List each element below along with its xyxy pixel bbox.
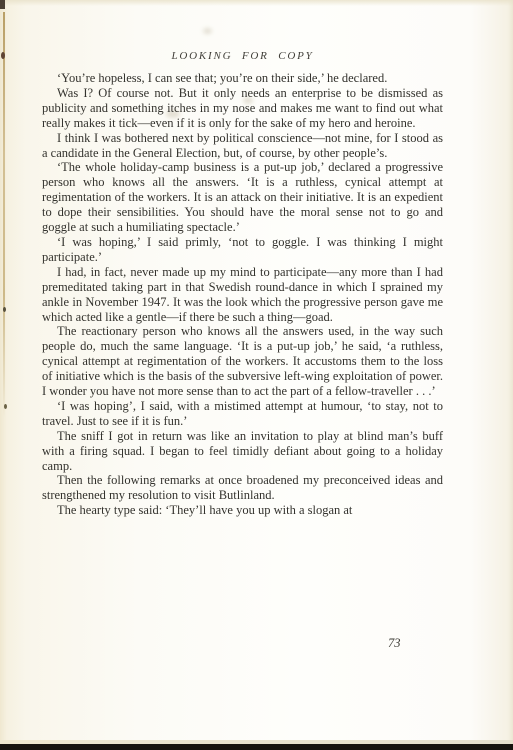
paragraph: I think I was bothered next by political… bbox=[42, 131, 443, 161]
paragraph: I had, in fact, never made up my mind to… bbox=[42, 265, 443, 325]
scanner-bar bbox=[0, 744, 513, 750]
paragraph: ‘I was hoping,’ I said primly, ‘not to g… bbox=[42, 235, 443, 265]
running-header: LOOKING FOR COPY bbox=[42, 50, 443, 62]
spine-speck bbox=[3, 307, 6, 312]
paragraph: Was I? Of course not. But it only needs … bbox=[42, 86, 443, 131]
body-text: ‘You’re hopeless, I can see that; you’re… bbox=[42, 71, 443, 518]
page-number: 73 bbox=[388, 636, 401, 651]
spine-speck bbox=[1, 52, 5, 59]
book-spine-edge bbox=[3, 12, 5, 417]
book-page-scan: LOOKING FOR COPY ‘You’re hopeless, I can… bbox=[0, 0, 513, 750]
paragraph: ‘I was hoping’, I said, with a mistimed … bbox=[42, 399, 443, 429]
spine-speck bbox=[4, 404, 7, 409]
paragraph: ‘You’re hopeless, I can see that; you’re… bbox=[42, 71, 443, 86]
show-through-smudge bbox=[203, 28, 212, 34]
scan-corner-mark bbox=[0, 0, 5, 9]
paragraph: The reactionary person who knows all the… bbox=[42, 324, 443, 399]
paragraph: The hearty type said: ‘They’ll have you … bbox=[42, 503, 443, 518]
paragraph: The sniff I got in return was like an in… bbox=[42, 429, 443, 474]
paragraph: Then the following remarks at once broad… bbox=[42, 473, 443, 503]
paragraph: ‘The whole holiday-camp business is a pu… bbox=[42, 160, 443, 235]
